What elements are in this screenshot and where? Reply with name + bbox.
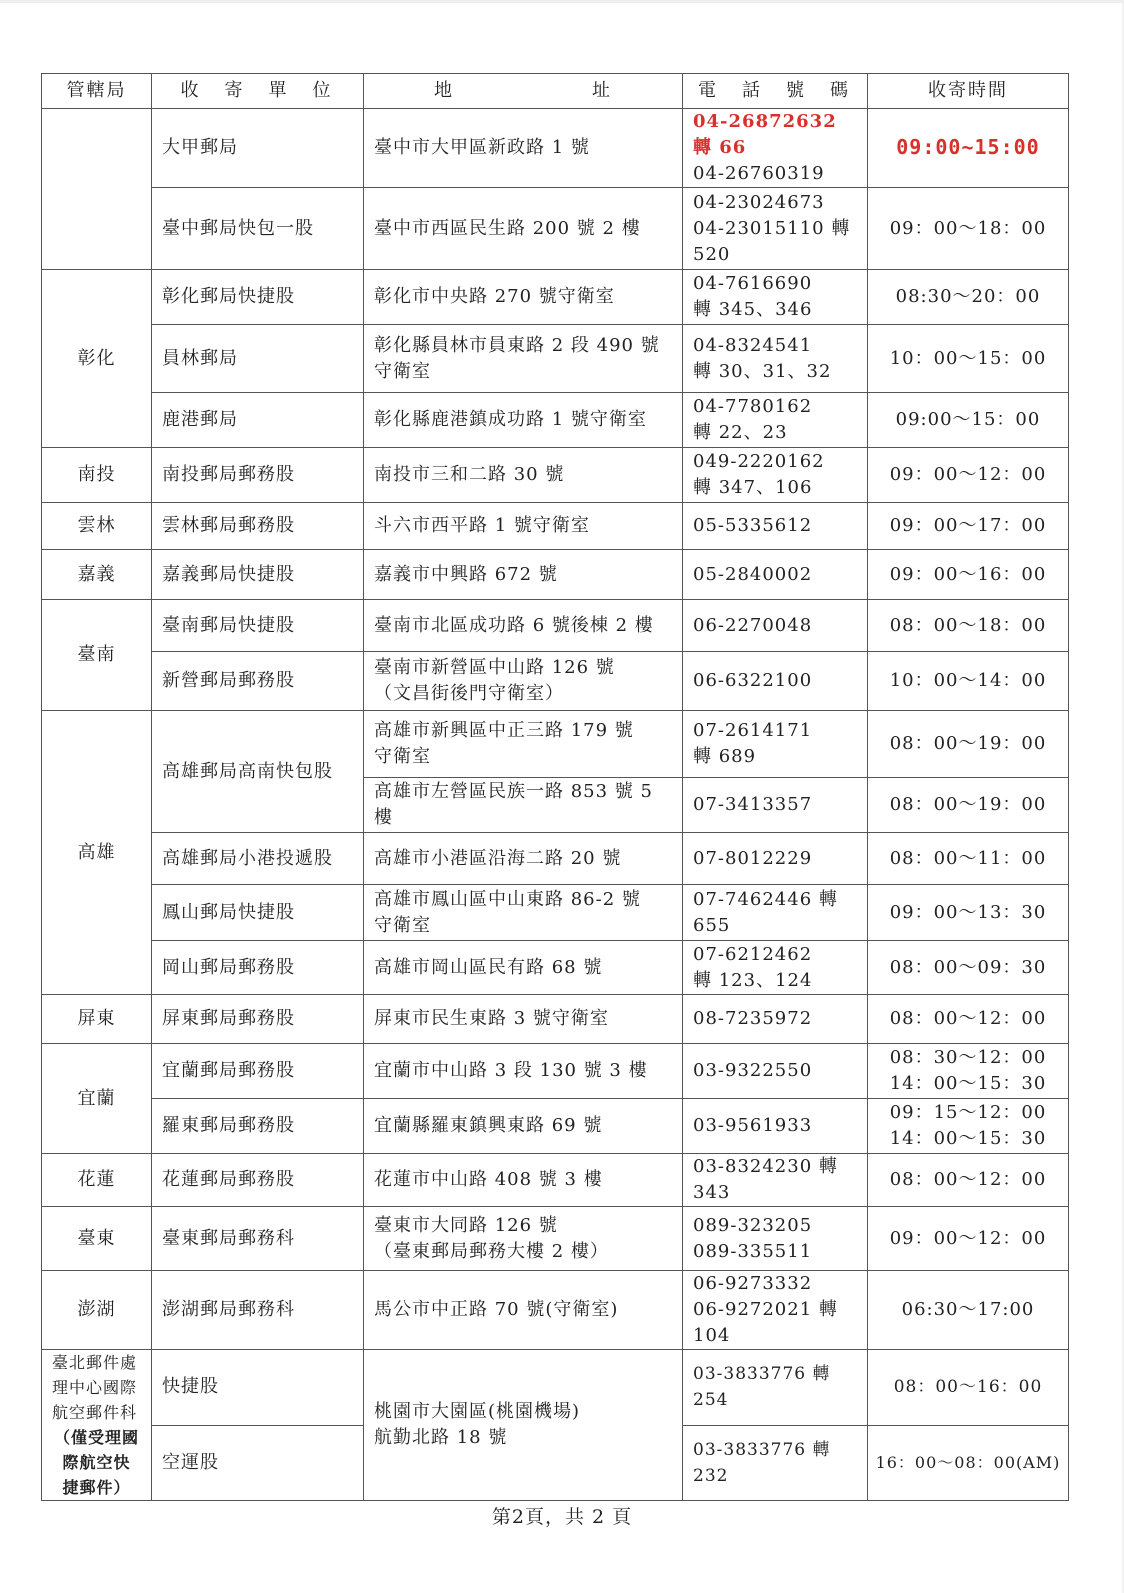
phone-cell: 089-323205 089-335511 bbox=[683, 1207, 868, 1271]
unit-cell: 澎湖郵局郵務科 bbox=[152, 1271, 364, 1350]
address-cell: 高雄市左營區民族一路 853 號 5 樓 bbox=[364, 778, 683, 833]
unit-cell: 空運股 bbox=[152, 1425, 364, 1501]
phone-cell: 03-8324230 轉 343 bbox=[683, 1154, 868, 1207]
address-cell: 臺南市北區成功路 6 號後棟 2 樓 bbox=[364, 600, 683, 652]
address-line: 高雄市新興區中正三路 179 號 bbox=[374, 718, 672, 744]
unit-cell: 宜蘭郵局郵務股 bbox=[152, 1044, 364, 1099]
table-header-row: 管轄局 收 寄 單 位 地 址 電 話 號 碼 收寄時間 bbox=[42, 74, 1069, 109]
unit-cell: 岡山郵局郵務股 bbox=[152, 941, 364, 995]
address-cell: 臺中市西區民生路 200 號 2 樓 bbox=[364, 188, 683, 270]
phone-cell: 04-23024673 04-23015110 轉 520 bbox=[683, 188, 868, 270]
hours-cell: 08：00～12：00 bbox=[868, 1154, 1069, 1207]
address-cell: 宜蘭市中山路 3 段 130 號 3 樓 bbox=[364, 1044, 683, 1099]
region-cell-tainan: 臺南 bbox=[42, 600, 152, 711]
region-cell-kaohsiung: 高雄 bbox=[42, 711, 152, 995]
unit-cell: 臺南郵局快捷股 bbox=[152, 600, 364, 652]
address-cell: 高雄市岡山區民有路 68 號 bbox=[364, 941, 683, 995]
address-cell: 屏東市民生東路 3 號守衛室 bbox=[364, 995, 683, 1044]
phone-cell: 06-6322100 bbox=[683, 652, 868, 711]
header-address-left: 地 bbox=[434, 78, 454, 104]
address-cell: 臺南市新營區中山路 126 號 （文昌街後門守衛室） bbox=[364, 652, 683, 711]
phone-cell: 03-3833776 轉 254 bbox=[683, 1350, 868, 1426]
phone-cell: 049-2220162 轉 347、106 bbox=[683, 448, 868, 503]
region-cell-penghu: 澎湖 bbox=[42, 1271, 152, 1350]
hours-line: 14：00～15：30 bbox=[878, 1071, 1058, 1097]
header-unit: 收 寄 單 位 bbox=[152, 74, 364, 109]
unit-cell: 南投郵局郵務股 bbox=[152, 448, 364, 503]
region-note-line: 捷郵件） bbox=[52, 1475, 141, 1500]
table-row: 高雄郵局小港投遞股 高雄市小港區沿海二路 20 號 07-8012229 08：… bbox=[42, 833, 1069, 885]
table-row: 嘉義 嘉義郵局快捷股 嘉義市中興路 672 號 05-2840002 09：00… bbox=[42, 550, 1069, 600]
unit-cell: 鹿港郵局 bbox=[152, 393, 364, 448]
phone-cell: 05-5335612 bbox=[683, 503, 868, 550]
header-address: 地 址 bbox=[364, 74, 683, 109]
address-line: 桃園市大園區(桃園機場) bbox=[374, 1399, 672, 1425]
region-cell-changhua: 彰化 bbox=[42, 270, 152, 448]
address-line: 馬公市中正路 70 號(守衛室) bbox=[374, 1297, 672, 1323]
unit-cell: 快捷股 bbox=[152, 1350, 364, 1426]
address-cell: 臺東市大同路 126 號 （臺東郵局郵務大樓 2 樓） bbox=[364, 1207, 683, 1271]
unit-cell: 嘉義郵局快捷股 bbox=[152, 550, 364, 600]
hours-cell: 08：30～12：00 14：00～15：30 bbox=[868, 1044, 1069, 1099]
address-line: 屏東市民生東路 3 號守衛室 bbox=[374, 1006, 672, 1032]
phone-line: 089-335511 bbox=[693, 1239, 857, 1265]
region-cell-hualien: 花蓮 bbox=[42, 1154, 152, 1207]
phone-line: 04-23024673 bbox=[693, 190, 857, 216]
top-edge bbox=[0, 0, 1124, 3]
unit-cell: 新營郵局郵務股 bbox=[152, 652, 364, 711]
address-line: 臺南市新營區中山路 126 號 bbox=[374, 655, 672, 681]
table-row: 臺中郵局快包一股 臺中市西區民生路 200 號 2 樓 04-23024673 … bbox=[42, 188, 1069, 270]
table-row: 臺南 臺南郵局快捷股 臺南市北區成功路 6 號後棟 2 樓 06-2270048… bbox=[42, 600, 1069, 652]
phone-line: 04-7616690 bbox=[693, 271, 857, 297]
unit-cell: 臺東郵局郵務科 bbox=[152, 1207, 364, 1271]
table-row: 澎湖 澎湖郵局郵務科 馬公市中正路 70 號(守衛室) 06-9273332 0… bbox=[42, 1271, 1069, 1350]
region-cell-taipei-intl: 臺北郵件處 理中心國際 航空郵件科 （僅受理國 際航空快 捷郵件） bbox=[42, 1350, 152, 1501]
table-row: 大甲郵局 臺中市大甲區新政路 1 號 04-26872632 轉 66 04-2… bbox=[42, 109, 1069, 188]
phone-cell: 07-3413357 bbox=[683, 778, 868, 833]
phone-cell: 05-2840002 bbox=[683, 550, 868, 600]
phone-line: 轉 347、106 bbox=[693, 475, 857, 501]
region-cell-pingtung: 屏東 bbox=[42, 995, 152, 1044]
region-line: 臺北郵件處 bbox=[52, 1350, 141, 1375]
header-phone: 電 話 號 碼 bbox=[683, 74, 868, 109]
table-row: 高雄 高雄郵局高南快包股 高雄市新興區中正三路 179 號 守衛室 07-261… bbox=[42, 711, 1069, 778]
unit-cell: 高雄郵局高南快包股 bbox=[152, 711, 364, 833]
address-cell: 高雄市新興區中正三路 179 號 守衛室 bbox=[364, 711, 683, 778]
hours-cell: 10：00～15：00 bbox=[868, 325, 1069, 393]
hours-cell: 08：00～11：00 bbox=[868, 833, 1069, 885]
phone-cell: 04-7616690 轉 345、346 bbox=[683, 270, 868, 325]
address-line: 高雄市小港區沿海二路 20 號 bbox=[374, 846, 672, 872]
hours-cell: 10：00～14：00 bbox=[868, 652, 1069, 711]
address-line: 宜蘭縣羅東鎮興東路 69 號 bbox=[374, 1113, 672, 1139]
region-cell-yunlin: 雲林 bbox=[42, 503, 152, 550]
address-line: 嘉義市中興路 672 號 bbox=[374, 562, 672, 588]
phone-line: 04-7780162 bbox=[693, 394, 857, 420]
address-line: 彰化縣員林市員東路 2 段 490 號 bbox=[374, 333, 672, 359]
address-line: （文昌街後門守衛室） bbox=[374, 681, 672, 707]
address-cell: 彰化縣員林市員東路 2 段 490 號 守衛室 bbox=[364, 325, 683, 393]
header-address-right: 址 bbox=[592, 78, 612, 104]
hours-line: 14：00～15：30 bbox=[878, 1126, 1058, 1152]
region-note-line: 際航空快 bbox=[52, 1450, 141, 1475]
region-line: 航空郵件科 bbox=[52, 1400, 141, 1425]
phone-line: 04-26760319 bbox=[693, 161, 857, 187]
address-cell: 南投市三和二路 30 號 bbox=[364, 448, 683, 503]
hours-cell: 16：00～08：00(AM) bbox=[868, 1425, 1069, 1501]
table-row: 員林郵局 彰化縣員林市員東路 2 段 490 號 守衛室 04-8324541 … bbox=[42, 325, 1069, 393]
address-cell: 宜蘭縣羅東鎮興東路 69 號 bbox=[364, 1099, 683, 1154]
unit-cell: 大甲郵局 bbox=[152, 109, 364, 188]
table-row: 臺東 臺東郵局郵務科 臺東市大同路 126 號 （臺東郵局郵務大樓 2 樓） 0… bbox=[42, 1207, 1069, 1271]
phone-cell: 08-7235972 bbox=[683, 995, 868, 1044]
unit-cell: 屏東郵局郵務股 bbox=[152, 995, 364, 1044]
hours-highlight: 09:00~15:00 bbox=[896, 135, 1039, 159]
address-line: 臺東市大同路 126 號 bbox=[374, 1213, 672, 1239]
unit-cell: 員林郵局 bbox=[152, 325, 364, 393]
hours-cell: 09：00～13：30 bbox=[868, 885, 1069, 941]
address-line: 高雄市左營區民族一路 853 號 5 bbox=[374, 779, 672, 805]
phone-line: 轉 689 bbox=[693, 744, 857, 770]
phone-line: 07-2614171 bbox=[693, 718, 857, 744]
table-row: 花蓮 花蓮郵局郵務股 花蓮市中山路 408 號 3 樓 03-8324230 轉… bbox=[42, 1154, 1069, 1207]
hours-cell: 08：00～19：00 bbox=[868, 711, 1069, 778]
phone-line: 049-2220162 bbox=[693, 449, 857, 475]
address-cell: 桃園市大園區(桃園機場) 航勤北路 18 號 bbox=[364, 1350, 683, 1501]
hours-cell: 09:00～15：00 bbox=[868, 393, 1069, 448]
hours-cell: 08：00～16：00 bbox=[868, 1350, 1069, 1426]
unit-cell: 雲林郵局郵務股 bbox=[152, 503, 364, 550]
region-note-line: （僅受理國 bbox=[52, 1425, 141, 1450]
phone-cell: 03-3833776 轉 232 bbox=[683, 1425, 868, 1501]
table-row: 宜蘭 宜蘭郵局郵務股 宜蘭市中山路 3 段 130 號 3 樓 03-93225… bbox=[42, 1044, 1069, 1099]
phone-cell: 04-26872632 轉 66 04-26760319 bbox=[683, 109, 868, 188]
address-line: 高雄市岡山區民有路 68 號 bbox=[374, 955, 672, 981]
unit-cell: 高雄郵局小港投遞股 bbox=[152, 833, 364, 885]
address-cell: 彰化市中央路 270 號守衛室 bbox=[364, 270, 683, 325]
phone-cell: 07-6212462 轉 123、124 bbox=[683, 941, 868, 995]
hours-line: 09：15～12：00 bbox=[878, 1100, 1058, 1126]
address-cell: 高雄市小港區沿海二路 20 號 bbox=[364, 833, 683, 885]
table-row: 鹿港郵局 彰化縣鹿港鎮成功路 1 號守衛室 04-7780162 轉 22、23… bbox=[42, 393, 1069, 448]
address-line: 臺南市北區成功路 6 號後棟 2 樓 bbox=[374, 613, 672, 639]
address-line: （臺東郵局郵務大樓 2 樓） bbox=[374, 1239, 672, 1265]
phone-cell: 06-2270048 bbox=[683, 600, 868, 652]
hours-cell: 09：00～16：00 bbox=[868, 550, 1069, 600]
address-cell: 臺中市大甲區新政路 1 號 bbox=[364, 109, 683, 188]
address-line: 守衛室 bbox=[374, 744, 672, 770]
region-cell-taichung bbox=[42, 109, 152, 270]
mail-acceptance-schedule-table: 管轄局 收 寄 單 位 地 址 電 話 號 碼 收寄時間 大甲郵局 臺中市大甲區… bbox=[41, 73, 1069, 1501]
region-cell-chiayi: 嘉義 bbox=[42, 550, 152, 600]
hours-cell: 09：15～12：00 14：00～15：30 bbox=[868, 1099, 1069, 1154]
page-indicator: 第2頁，共 2 頁 bbox=[0, 1502, 1124, 1529]
region-line: 理中心國際 bbox=[52, 1375, 141, 1400]
address-line: 守衛室 bbox=[374, 913, 672, 939]
phone-line: 轉 30、31、32 bbox=[693, 359, 857, 385]
address-line: 彰化縣鹿港鎮成功路 1 號守衛室 bbox=[374, 407, 672, 433]
hours-cell: 09：00～17：00 bbox=[868, 503, 1069, 550]
phone-cell: 06-9273332 06-9272021 轉 104 bbox=[683, 1271, 868, 1350]
phone-line: 轉 22、23 bbox=[693, 420, 857, 446]
address-cell: 花蓮市中山路 408 號 3 樓 bbox=[364, 1154, 683, 1207]
hours-cell: 08：00～19：00 bbox=[868, 778, 1069, 833]
hours-cell: 08：00～12：00 bbox=[868, 995, 1069, 1044]
table-row: 雲林 雲林郵局郵務股 斗六市西平路 1 號守衛室 05-5335612 09：0… bbox=[42, 503, 1069, 550]
table-row: 屏東 屏東郵局郵務股 屏東市民生東路 3 號守衛室 08-7235972 08：… bbox=[42, 995, 1069, 1044]
phone-line: 089-323205 bbox=[693, 1213, 857, 1239]
address-cell: 斗六市西平路 1 號守衛室 bbox=[364, 503, 683, 550]
table-row: 南投 南投郵局郵務股 南投市三和二路 30 號 049-2220162 轉 34… bbox=[42, 448, 1069, 503]
hours-line: 08：30～12：00 bbox=[878, 1045, 1058, 1071]
region-cell-yilan: 宜蘭 bbox=[42, 1044, 152, 1154]
phone-cell: 07-8012229 bbox=[683, 833, 868, 885]
address-line: 臺中市西區民生路 200 號 2 樓 bbox=[374, 216, 672, 242]
address-line: 航勤北路 18 號 bbox=[374, 1425, 672, 1451]
header-region: 管轄局 bbox=[42, 74, 152, 109]
address-line: 宜蘭市中山路 3 段 130 號 3 樓 bbox=[374, 1058, 672, 1084]
address-cell: 彰化縣鹿港鎮成功路 1 號守衛室 bbox=[364, 393, 683, 448]
phone-line: 07-6212462 bbox=[693, 942, 857, 968]
region-cell-taitung: 臺東 bbox=[42, 1207, 152, 1271]
hours-cell: 08：00～18：00 bbox=[868, 600, 1069, 652]
address-line: 樓 bbox=[374, 805, 672, 831]
phone-cell: 07-7462446 轉 655 bbox=[683, 885, 868, 941]
table-row: 鳳山郵局快捷股 高雄市鳳山區中山東路 86-2 號 守衛室 07-7462446… bbox=[42, 885, 1069, 941]
unit-cell: 彰化郵局快捷股 bbox=[152, 270, 364, 325]
phone-cell: 03-9322550 bbox=[683, 1044, 868, 1099]
header-hours: 收寄時間 bbox=[868, 74, 1069, 109]
phone-line: 520 bbox=[693, 242, 857, 268]
hours-cell: 08:30～20：00 bbox=[868, 270, 1069, 325]
phone-line: 04-8324541 bbox=[693, 333, 857, 359]
phone-cell: 04-7780162 轉 22、23 bbox=[683, 393, 868, 448]
table-row: 新營郵局郵務股 臺南市新營區中山路 126 號 （文昌街後門守衛室） 06-63… bbox=[42, 652, 1069, 711]
phone-line: 轉 345、346 bbox=[693, 297, 857, 323]
phone-cell: 03-9561933 bbox=[683, 1099, 868, 1154]
hours-cell: 09：00～18：00 bbox=[868, 188, 1069, 270]
hours-cell: 09:00~15:00 bbox=[868, 109, 1069, 188]
phone-line: 06-9273332 bbox=[693, 1271, 857, 1297]
phone-cell: 04-8324541 轉 30、31、32 bbox=[683, 325, 868, 393]
address-line: 彰化市中央路 270 號守衛室 bbox=[374, 284, 672, 310]
address-line: 南投市三和二路 30 號 bbox=[374, 462, 672, 488]
address-cell: 馬公市中正路 70 號(守衛室) bbox=[364, 1271, 683, 1350]
table-row: 岡山郵局郵務股 高雄市岡山區民有路 68 號 07-6212462 轉 123、… bbox=[42, 941, 1069, 995]
phone-line: 轉 123、124 bbox=[693, 968, 857, 994]
phone-highlight: 04-26872632 轉 66 bbox=[693, 109, 857, 161]
address-line: 守衛室 bbox=[374, 359, 672, 385]
hours-cell: 09：00～12：00 bbox=[868, 1207, 1069, 1271]
unit-cell: 花蓮郵局郵務股 bbox=[152, 1154, 364, 1207]
phone-line: 04-23015110 轉 bbox=[693, 216, 857, 242]
unit-cell: 鳳山郵局快捷股 bbox=[152, 885, 364, 941]
address-line: 花蓮市中山路 408 號 3 樓 bbox=[374, 1167, 672, 1193]
hours-cell: 09：00～12：00 bbox=[868, 448, 1069, 503]
table-row: 臺北郵件處 理中心國際 航空郵件科 （僅受理國 際航空快 捷郵件） 快捷股 桃園… bbox=[42, 1350, 1069, 1426]
address-line: 高雄市鳳山區中山東路 86-2 號 bbox=[374, 887, 672, 913]
region-cell-nantou: 南投 bbox=[42, 448, 152, 503]
unit-cell: 羅東郵局郵務股 bbox=[152, 1099, 364, 1154]
unit-cell: 臺中郵局快包一股 bbox=[152, 188, 364, 270]
hours-cell: 08：00～09：30 bbox=[868, 941, 1069, 995]
hours-cell: 06:30～17:00 bbox=[868, 1271, 1069, 1350]
phone-line: 06-9272021 轉 104 bbox=[693, 1297, 857, 1349]
table-row: 羅東郵局郵務股 宜蘭縣羅東鎮興東路 69 號 03-9561933 09：15～… bbox=[42, 1099, 1069, 1154]
address-line: 斗六市西平路 1 號守衛室 bbox=[374, 513, 672, 539]
address-cell: 嘉義市中興路 672 號 bbox=[364, 550, 683, 600]
address-cell: 高雄市鳳山區中山東路 86-2 號 守衛室 bbox=[364, 885, 683, 941]
table-row: 彰化 彰化郵局快捷股 彰化市中央路 270 號守衛室 04-7616690 轉 … bbox=[42, 270, 1069, 325]
address-line: 臺中市大甲區新政路 1 號 bbox=[374, 135, 672, 161]
phone-cell: 07-2614171 轉 689 bbox=[683, 711, 868, 778]
